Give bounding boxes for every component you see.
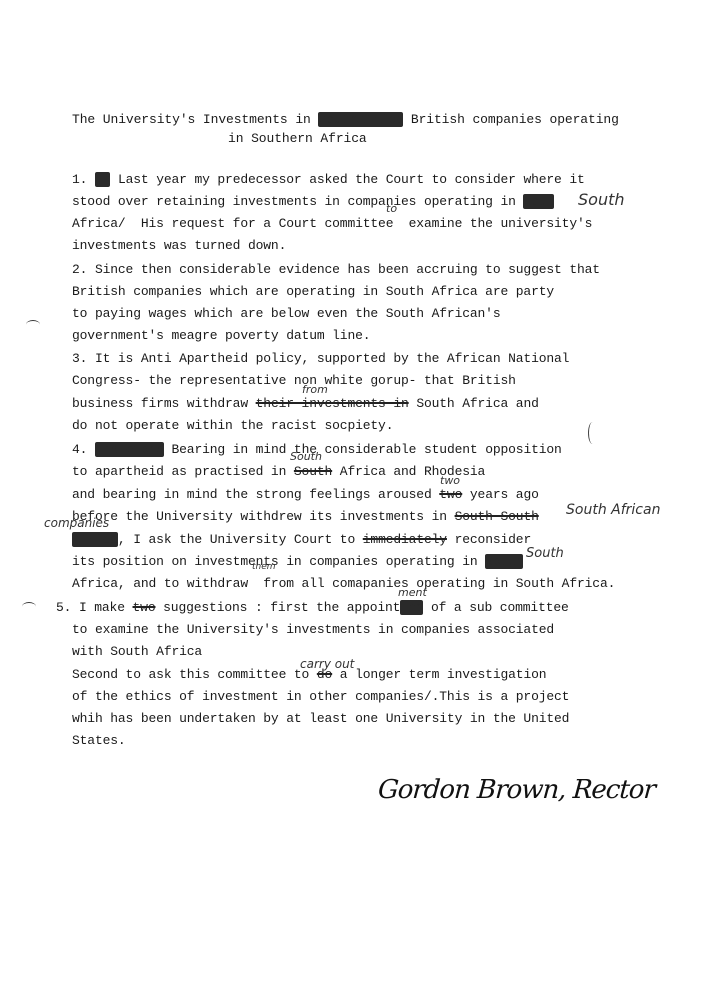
document-page: The University's Investments in SouthAfr… [0,0,712,1007]
paragraph-5-line: to examine the University's investments … [72,621,554,639]
handwritten-annotation: South [526,546,564,561]
margin-mark-icon [22,602,36,611]
paragraph-4-line: its position on investments in companies… [72,553,523,571]
paragraph-5-line: 5. I make two suggestions : first the ap… [56,599,569,617]
paragraph-5-line: with South Africa [72,643,202,661]
paragraph-1-line: 1. in Last year my predecessor asked the… [72,171,585,189]
handwritten-annotation: South [578,190,625,209]
paragraph-5-line: whih has been undertaken by at least one… [72,710,569,728]
paragraph-5-line: States. [72,732,126,750]
paragraph-5-line: of the ethics of investment in other com… [72,688,569,706]
paragraph-2-line: to paying wages which are below even the… [72,305,500,323]
paragraph-2-line: 2. Since then considerable evidence has … [72,261,600,279]
paragraph-5-line: Second to ask this committee to do a lon… [72,666,546,684]
handwritten-annotation: companies [44,516,109,530]
paragraph-3-line: 3. It is Anti Apartheid policy, supporte… [72,350,569,368]
title-text: British companies operating [403,112,619,127]
struck-text: SouthAfrica [318,112,403,127]
paragraph-3-line: do not operate within the racist socpiet… [72,417,393,435]
paragraph-4-line: Africa, I ask the University Court to im… [72,531,531,549]
signature: Gordon Brown, Rector [377,775,656,805]
margin-bracket-icon [588,422,597,444]
paragraph-2-line: British companies which are operating in… [72,283,554,301]
handwritten-annotation: ment [398,586,427,599]
paragraph-2-line: government's meagre poverty datum line. [72,327,370,345]
paragraph-3-line: Congress- the representative non white g… [72,372,516,390]
margin-mark-icon [26,320,40,329]
title-text: in Southern Africa [72,129,632,148]
paragraph-4-line: before the University withdrew its inves… [72,508,539,526]
paragraph-4-line: and bearing in mind the strong feelings … [72,486,539,504]
paragraph-1-line: stood over retaining investments in comp… [72,193,554,211]
handwritten-annotation: from [302,383,328,396]
handwritten-annotation: to [386,202,397,215]
document-title: The University's Investments in SouthAfr… [72,110,632,148]
paragraph-1-line: investments was turned down. [72,237,286,255]
paragraph-4-line: to apartheid as practised in South Afric… [72,463,485,481]
paragraph-1-line: Africa/ His request for a Court committe… [72,215,592,233]
handwritten-annotation: South [290,450,322,463]
handwritten-annotation: them [252,562,276,572]
paragraph-3-line: business firms withdraw their investment… [72,395,539,413]
handwritten-annotation: South African [566,502,660,518]
paragraph-4-line: Africa, and to withdraw from all comapan… [72,575,615,593]
title-text: The University's Investments in [72,112,318,127]
handwritten-annotation: two [440,474,460,487]
